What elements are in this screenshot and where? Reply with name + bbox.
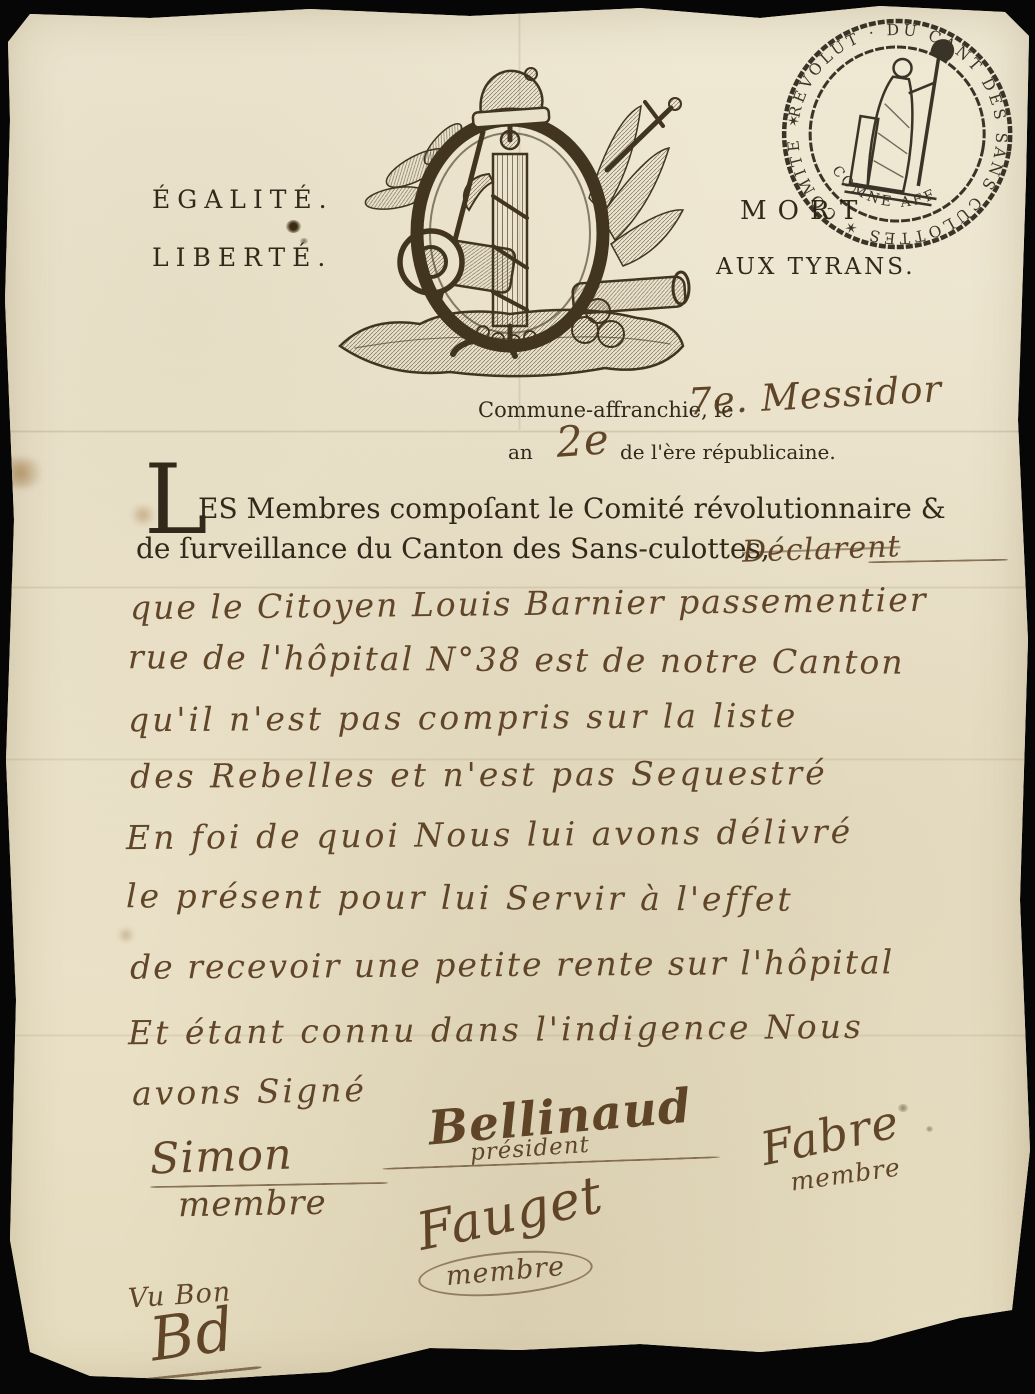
- printed-line-2: de ſurveillance du Canton des Sans-culot…: [136, 532, 770, 565]
- printed-line-1: ES Membres compoſant le Comité révolutio…: [198, 492, 946, 525]
- dateline-an: an: [508, 440, 533, 464]
- fox-spot: [898, 1104, 908, 1112]
- signature-member-left-title: membre: [178, 1183, 327, 1226]
- committee-ink-stamp: REVOLUT · DU CANT DES SANS CULOTTES ✶ CO…: [751, 0, 1035, 282]
- manuscript-line: que le Citoyen Louis Barnier passementie…: [130, 580, 928, 627]
- fox-spot: [926, 1126, 933, 1132]
- hand-declare: Déclarent: [741, 529, 901, 570]
- dateline-hand-day: 7e. Messidor: [687, 367, 943, 423]
- document-paper: ÉGALITÉ. LIBERTÉ. MORT AUX TYRANS.: [0, 0, 1035, 1394]
- signature-member-left: Simon: [149, 1130, 293, 1185]
- scan-background: ÉGALITÉ. LIBERTÉ. MORT AUX TYRANS.: [0, 0, 1035, 1394]
- stamp-liberty-figure-icon: [841, 28, 962, 206]
- manuscript-line: qu'il n'est pas compris sur la liste: [128, 696, 799, 740]
- dateline-era: de l'ère républicaine.: [620, 440, 836, 464]
- approval-paraph: Bd: [146, 1294, 239, 1375]
- revolutionary-emblem-engraving: [325, 48, 695, 383]
- signature-member-center: Fauget: [412, 1165, 608, 1263]
- rust-stain: [116, 928, 136, 942]
- fold-crease: [0, 430, 1035, 433]
- motto-mort: MORT: [740, 196, 868, 226]
- manuscript-line: En foi de quoi Nous lui avons délivré: [126, 812, 854, 857]
- motto-aux-tyrans: AUX TYRANS.: [716, 254, 916, 280]
- manuscript-line: de recevoir une petite rente sur l'hôpit…: [130, 942, 895, 986]
- manuscript-line: des Rebelles et n'est pas Sequestré: [130, 753, 828, 796]
- manuscript-line: rue de l'hôpital N°38 est de notre Canto…: [128, 637, 905, 681]
- ink-spot: [286, 220, 301, 233]
- manuscript-line: avons Signé: [132, 1070, 368, 1113]
- motto-liberte: LIBERTÉ.: [152, 243, 332, 272]
- manuscript-line: Et étant connu dans l'indigence Nous: [128, 1007, 864, 1052]
- rust-stain: [0, 458, 48, 488]
- manuscript-line: le présent pour lui Servir à l'effet: [126, 876, 794, 918]
- dateline-hand-year: 2e: [554, 414, 611, 467]
- motto-egalite: ÉGALITÉ.: [152, 185, 334, 214]
